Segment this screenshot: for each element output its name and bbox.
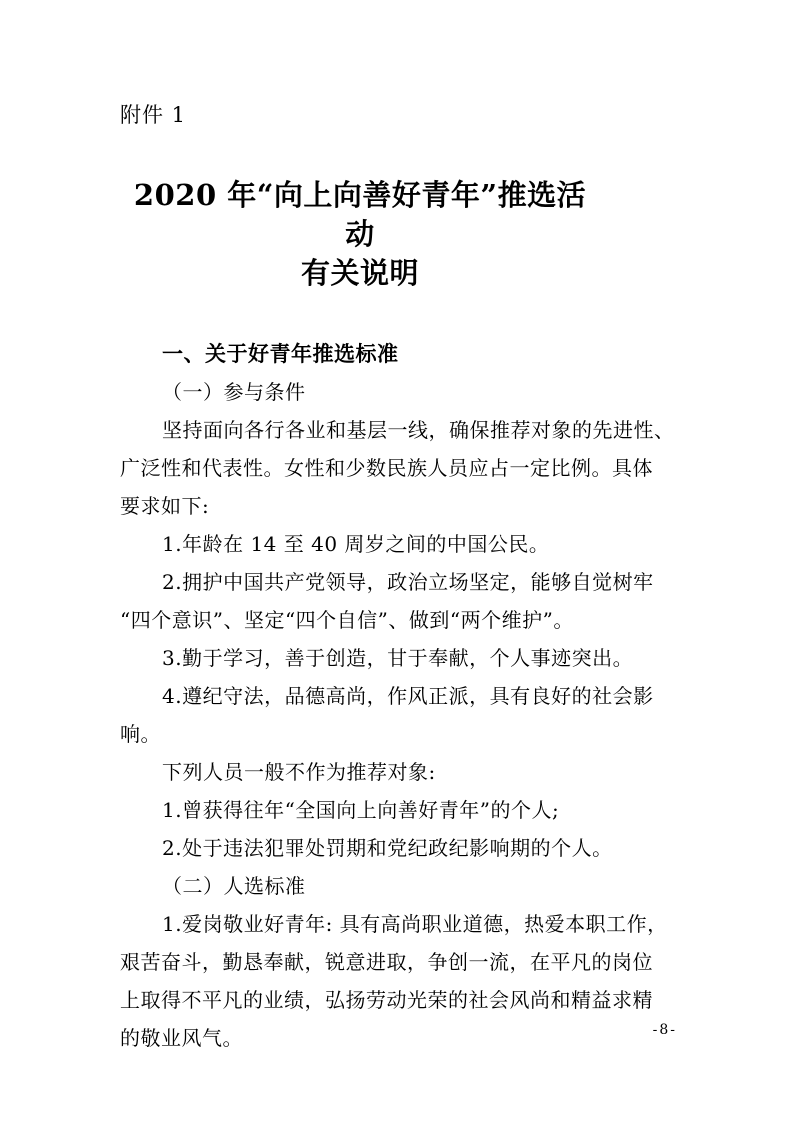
exclusion-item-1: 1.曾获得往年“全国向上向善好青年”的个人; — [120, 791, 720, 829]
section-heading-selection-criteria: 一、关于好青年推选标准 — [120, 335, 720, 373]
document-title: 2020 年“向上向善好青年”推选活动 有关说明 — [120, 176, 600, 293]
participation-item-3: 3.勤于学习，善于创造，甘于奉献，个人事迹突出。 — [120, 639, 720, 677]
exclusion-item-2: 2.处于违法犯罪处罚期和党纪政纪影响期的个人。 — [120, 829, 720, 867]
participation-item-1: 1.年龄在 14 至 40 周岁之间的中国公民。 — [120, 525, 720, 563]
document-page: 附件 1 2020 年“向上向善好青年”推选活动 有关说明 一、关于好青年推选标… — [0, 0, 793, 1122]
attachment-label: 附件 1 — [120, 100, 720, 130]
document-title-line2: 有关说明 — [120, 254, 600, 293]
subsection-heading-candidate-standards: （二）人选标准 — [120, 867, 720, 905]
standard-item-1: 1.爱岗敬业好青年: 具有高尚职业道德，热爱本职工作， 艰苦奋斗，勤恳奉献，锐意… — [120, 905, 720, 1057]
participation-item-4: 4.遵纪守法，品德高尚，作风正派，具有良好的社会影 响。 — [120, 677, 720, 753]
subsection-heading-participation-conditions: （一）参与条件 — [120, 373, 720, 411]
participation-item-2: 2.拥护中国共产党领导，政治立场坚定，能够自觉树牢 “四个意识”、坚定“四个自信… — [120, 563, 720, 639]
page-number: -8- — [653, 1021, 677, 1039]
paragraph-participation-intro: 坚持面向各行各业和基层一线，确保推荐对象的先进性、 广泛性和代表性。女性和少数民… — [120, 411, 720, 525]
paragraph-exclusion-intro: 下列人员一般不作为推荐对象: — [120, 753, 720, 791]
document-title-line1: 2020 年“向上向善好青年”推选活动 — [120, 176, 600, 254]
